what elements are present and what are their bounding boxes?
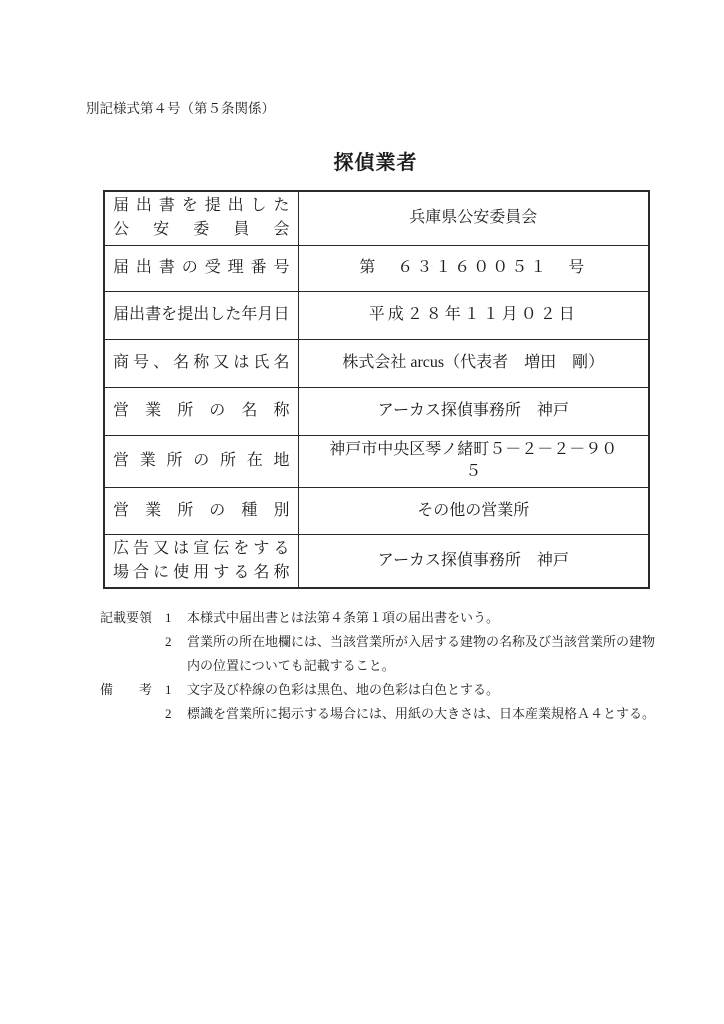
row-label-trade-name: 商号、名称又は氏名 <box>104 339 298 387</box>
registration-table: 届出書を提出した 公安委員会 兵庫県公安委員会 届出書の受理番号 第 ６３１６０… <box>103 190 650 589</box>
row-label-receipt-number: 届出書の受理番号 <box>104 245 298 291</box>
document-page: 別記様式第４号（第５条関係） 探偵業者 届出書を提出した 公安委員会 兵庫県公安… <box>0 0 724 1024</box>
row-value-receipt-number: 第 ６３１６００５１ 号 <box>298 245 649 291</box>
note-text: 文字及び枠線の色彩は黒色、地の色彩は白色とする。 <box>187 678 657 702</box>
table-row: 届出書を提出した年月日 平成２８年１１月０２日 <box>104 291 649 339</box>
table-row: 営業所の所在地 神戸市中央区琴ノ緒町５－２－２－９０ ５ <box>104 435 649 487</box>
document-title: 探偵業者 <box>103 146 648 175</box>
row-value-advertising-name: アーカス探偵事務所 神戸 <box>298 534 649 588</box>
table-row: 広告又は宣伝をする 場合に使用する名称 アーカス探偵事務所 神戸 <box>104 534 649 588</box>
row-value-trade-name: 株式会社 arcus（代表者 増田 剛） <box>298 339 649 387</box>
note-heading: 記載要領 <box>100 606 165 630</box>
table-row: 商号、名称又は氏名 株式会社 arcus（代表者 増田 剛） <box>104 339 649 387</box>
note-item: 1 本様式中届出書とは法第４条第１項の届出書をいう。 <box>165 606 657 630</box>
note-group-instructions: 記載要領 1 本様式中届出書とは法第４条第１項の届出書をいう。 2 営業所の所在… <box>100 606 657 678</box>
note-item: 2 標識を営業所に掲示する場合には、用紙の大きさは、日本産業規格Ａ４とする。 <box>165 702 657 726</box>
note-group-remarks: 備 考 1 文字及び枠線の色彩は黒色、地の色彩は白色とする。 2 標識を営業所に… <box>100 678 657 726</box>
row-value-submission-date: 平成２８年１１月０２日 <box>298 291 649 339</box>
notes-section: 記載要領 1 本様式中届出書とは法第４条第１項の届出書をいう。 2 営業所の所在… <box>100 606 657 726</box>
row-label-office-address: 営業所の所在地 <box>104 435 298 487</box>
note-text: 本様式中届出書とは法第４条第１項の届出書をいう。 <box>187 606 657 630</box>
note-item: 2 営業所の所在地欄には、当該営業所が入居する建物の名称及び当該営業所の建物内の… <box>165 630 657 678</box>
note-number: 1 <box>165 606 187 630</box>
row-label-office-type: 営業所の種別 <box>104 487 298 534</box>
note-number: 2 <box>165 630 187 654</box>
row-value-office-address: 神戸市中央区琴ノ緒町５－２－２－９０ ５ <box>298 435 649 487</box>
row-label-advertising-name: 広告又は宣伝をする 場合に使用する名称 <box>104 534 298 588</box>
table-row: 営業所の名称 アーカス探偵事務所 神戸 <box>104 387 649 435</box>
form-reference: 別記様式第４号（第５条関係） <box>86 100 275 117</box>
table-row: 営業所の種別 その他の営業所 <box>104 487 649 534</box>
note-number: 2 <box>165 702 187 726</box>
row-value-commission: 兵庫県公安委員会 <box>298 191 649 245</box>
note-text: 営業所の所在地欄には、当該営業所が入居する建物の名称及び当該営業所の建物内の位置… <box>187 630 657 678</box>
note-text: 標識を営業所に掲示する場合には、用紙の大きさは、日本産業規格Ａ４とする。 <box>187 702 657 726</box>
note-heading: 備 考 <box>100 678 165 702</box>
note-item: 1 文字及び枠線の色彩は黒色、地の色彩は白色とする。 <box>165 678 657 702</box>
row-label-submission-date: 届出書を提出した年月日 <box>104 291 298 339</box>
row-value-office-type: その他の営業所 <box>298 487 649 534</box>
table-row: 届出書を提出した 公安委員会 兵庫県公安委員会 <box>104 191 649 245</box>
note-number: 1 <box>165 678 187 702</box>
note-items: 1 文字及び枠線の色彩は黒色、地の色彩は白色とする。 2 標識を営業所に掲示する… <box>165 678 657 726</box>
row-value-office-name: アーカス探偵事務所 神戸 <box>298 387 649 435</box>
note-items: 1 本様式中届出書とは法第４条第１項の届出書をいう。 2 営業所の所在地欄には、… <box>165 606 657 678</box>
row-label-office-name: 営業所の名称 <box>104 387 298 435</box>
table-row: 届出書の受理番号 第 ６３１６００５１ 号 <box>104 245 649 291</box>
row-label-commission: 届出書を提出した 公安委員会 <box>104 191 298 245</box>
